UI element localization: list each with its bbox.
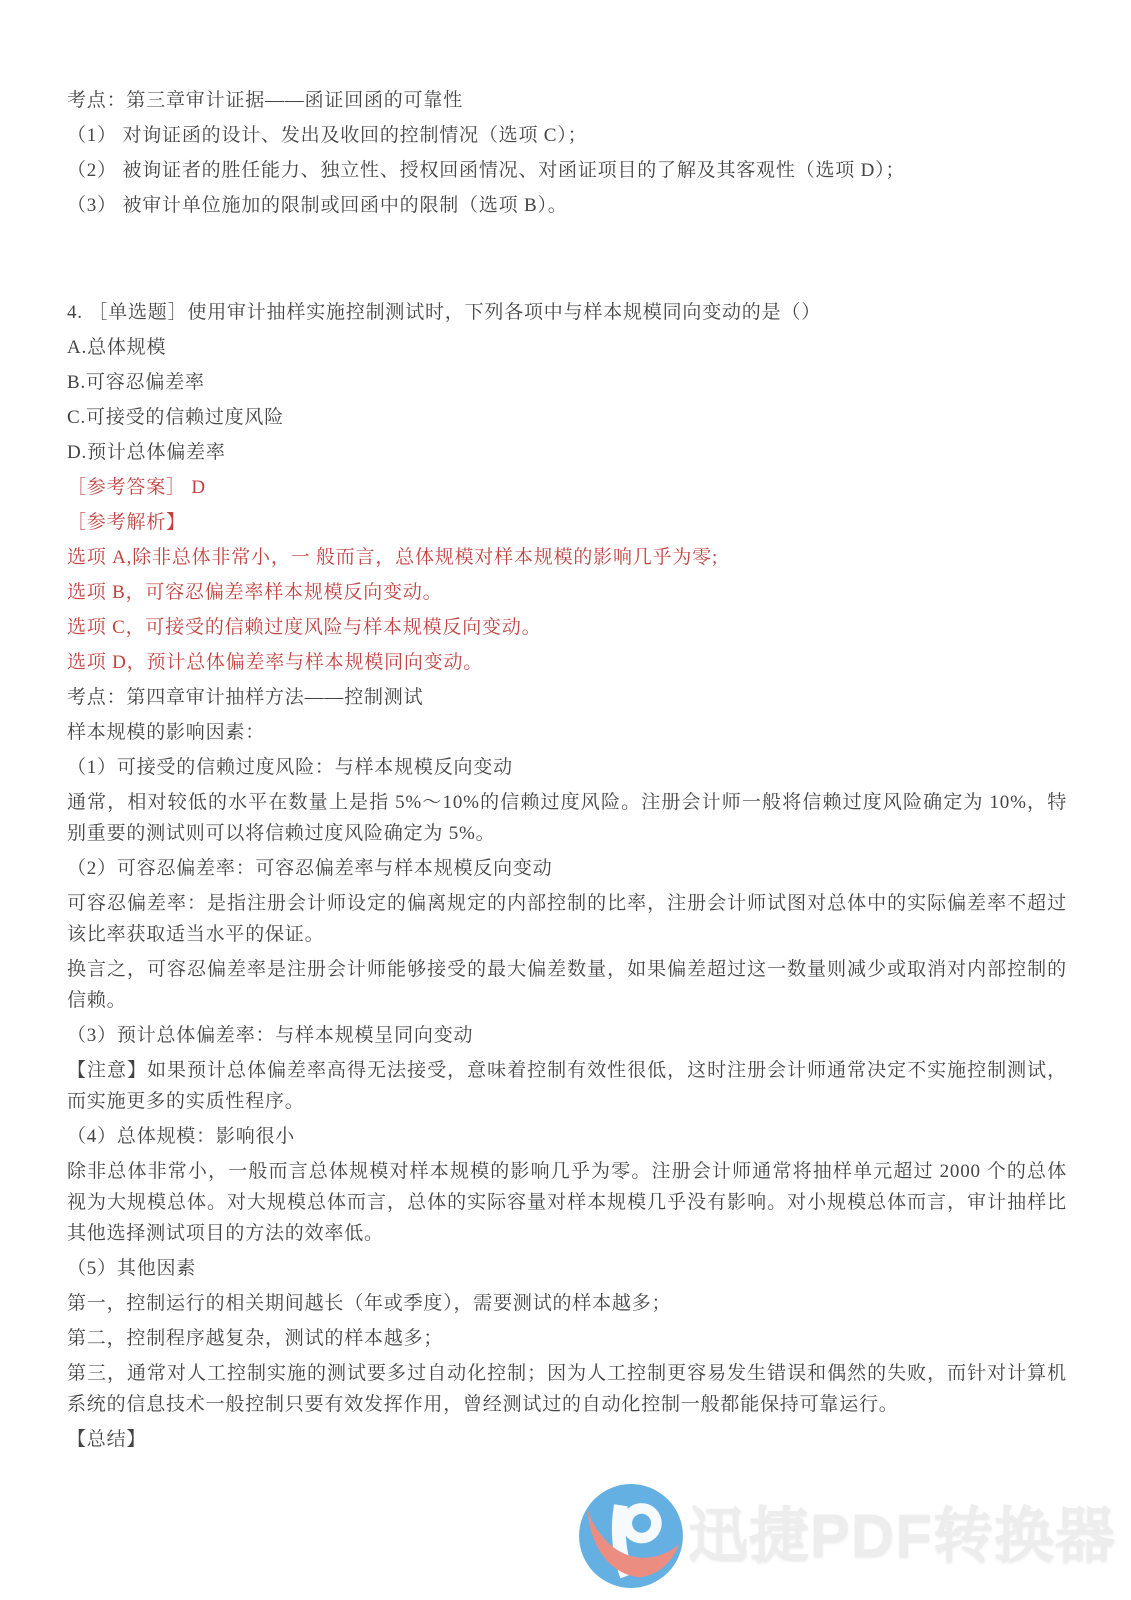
note-factor-2-heading: （2）可容忍偏差率：可容忍偏差率与样本规模反向变动 [67,853,1067,884]
summary-heading: 【总结】 [67,1424,1067,1455]
note-other-third: 第三，通常对人工控制实施的测试要多过自动化控制；因为人工控制更容易发生错误和偶然… [67,1358,1067,1420]
note-factor-3-heading: （3）预计总体偏差率：与样本规模呈同向变动 [67,1020,1067,1051]
pdf-converter-logo-icon [578,1483,684,1589]
topic-line: 考点：第四章审计抽样方法——控制测试 [67,682,1067,713]
note-factor-4-detail: 除非总体非常小，一般而言总体规模对样本规模的影响几乎为零。注册会计师通常将抽样单… [67,1156,1067,1249]
reference-analysis-header: ［参考解析】 [67,507,1067,538]
note-other-second: 第二，控制程序越复杂，测试的样本越多； [67,1323,1067,1354]
note-factor-1-detail: 通常，相对较低的水平在数量上是指 5%～10%的信赖过度风险。注册会计师一般将信… [67,787,1067,849]
prev-point-1: （1） 对询证函的设计、发出及收回的控制情况（选项 C）； [67,120,1067,151]
analysis-line-option-d: 选项 D，预计总体偏差率与样本规模同向变动。 [67,647,1067,678]
watermark: 迅捷PDF转换器 [578,1483,1116,1589]
note-factor-2-definition: 可容忍偏差率：是指注册会计师设定的偏离规定的内部控制的比率，注册会计师试图对总体… [67,888,1067,950]
analysis-line-option-b: 选项 B，可容忍偏差率样本规模反向变动。 [67,577,1067,608]
analysis-line-option-a: 选项 A,除非总体非常小，一 般而言，总体规模对样本规模的影响几乎为零; [67,542,1067,573]
question-option-d: D.预计总体偏差率 [67,437,1067,468]
question-option-c: C.可接受的信赖过度风险 [67,402,1067,433]
prev-topic-line: 考点：第三章审计证据——函证回函的可靠性 [67,85,1067,116]
prev-point-2: （2） 被询证者的胜任能力、独立性、授权回函情况、对函证项目的了解及其客观性（选… [67,155,1067,186]
note-factor-2-restatement: 换言之，可容忍偏差率是注册会计师能够接受的最大偏差数量，如果偏差超过这一数量则减… [67,954,1067,1016]
note-other-first: 第一，控制运行的相关期间越长（年或季度），需要测试的样本越多； [67,1288,1067,1319]
analysis-line-option-c: 选项 C，可接受的信赖过度风险与样本规模反向变动。 [67,612,1067,643]
note-factor-1-heading: （1）可接受的信赖过度风险：与样本规模反向变动 [67,752,1067,783]
question-option-a: A.总体规模 [67,332,1067,363]
question-stem: 4. ［单选题］使用审计抽样实施控制测试时，下列各项中与样本规模同向变动的是（） [67,297,1067,328]
note-factors-heading: 样本规模的影响因素： [67,717,1067,748]
reference-answer-line: ［参考答案］ D [67,472,1067,503]
prev-point-3: （3） 被审计单位施加的限制或回函中的限制（选项 B）。 [67,190,1067,221]
note-factor-4-heading: （4）总体规模：影响很小 [67,1121,1067,1152]
note-factor-3-caution: 【注意】如果预计总体偏差率高得无法接受，意味着控制有效性很低，这时注册会计师通常… [67,1055,1067,1117]
watermark-brand-text: 迅捷PDF转换器 [688,1483,1116,1589]
question-option-b: B.可容忍偏差率 [67,367,1067,398]
document-page-content: 考点：第三章审计证据——函证回函的可靠性 （1） 对询证函的设计、发出及收回的控… [67,85,1067,1455]
note-factor-5-heading: （5）其他因素 [67,1253,1067,1284]
